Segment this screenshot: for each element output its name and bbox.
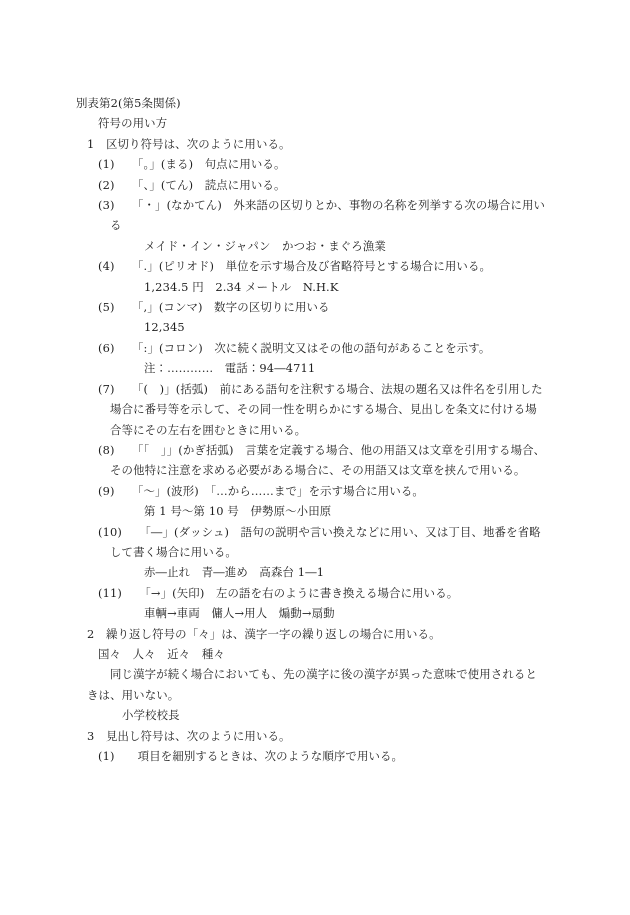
text-line: その他特に注意を求める必要がある場合に、その用語又は文章を挟んで用いる。 (0, 460, 630, 480)
text-line: 第 1 号〜第 10 号 伊勢原〜小田原 (0, 501, 630, 521)
text-line: る (0, 215, 630, 235)
text-line: (11) 「→」(矢印) 左の語を右のように書き換える場合に用いる。 (0, 583, 630, 603)
text-line: 小学校校長 (0, 705, 630, 725)
text-line: メイド・イン・ジャパン かつお・まぐろ漁業 (0, 236, 630, 256)
text-line: (4) 「.」(ピリオド) 単位を示す場合及び省略符号とする場合に用いる。 (0, 256, 630, 276)
text-line: (7) 「( )」(括弧) 前にある語句を注釈する場合、法規の題名又は件名を引用… (0, 379, 630, 399)
text-line: 場合に番号等を示して、その同一性を明らかにする場合、見出しを条文に付ける場 (0, 399, 630, 419)
text-line: (1) 「。」(まる) 句点に用いる。 (0, 154, 630, 174)
text-line: 1,234.5 円 2.34 メートル N.H.K (0, 277, 630, 297)
text-line: (1) 項目を細別するときは、次のような順序で用いる。 (0, 746, 630, 766)
text-line: して書く場合に用いる。 (0, 542, 630, 562)
text-line: (5) 「,」(コンマ) 数字の区切りに用いる (0, 297, 630, 317)
text-line: (6) 「:」(コロン) 次に続く説明文又はその他の語句があることを示す。 (0, 338, 630, 358)
document-title: 別表第2(第5条関係) (0, 93, 630, 113)
text-line: 同じ漢字が続く場合においても、先の漢字に後の漢字が異った意味で使用されると (0, 664, 630, 684)
text-line: 車輌→車両 傭人→用人 煽動→扇動 (0, 603, 630, 623)
document-page: 別表第2(第5条関係)符号の用い方1 区切り符号は、次のように用いる。(1) 「… (0, 0, 630, 915)
text-line: 赤―止れ 青―進め 高森台 1―1 (0, 562, 630, 582)
text-line: 12,345 (0, 317, 630, 337)
text-line: 3 見出し符号は、次のように用いる。 (0, 726, 630, 746)
text-line: (3) 「・」(なかてん) 外来語の区切りとか、事物の名称を列挙する次の場合に用… (0, 195, 630, 215)
text-line: (10) 「―」(ダッシュ) 語句の説明や言い換えなどに用い、又は丁目、地番を省… (0, 522, 630, 542)
text-line: (9) 「〜」(波形) 「…から……まで」を示す場合に用いる。 (0, 481, 630, 501)
document-body: 別表第2(第5条関係)符号の用い方1 区切り符号は、次のように用いる。(1) 「… (0, 0, 630, 766)
text-line: きは、用いない。 (0, 685, 630, 705)
text-line: 2 繰り返し符号の「々」は、漢字一字の繰り返しの場合に用いる。 (0, 624, 630, 644)
text-line: 注：………… 電話：94―4711 (0, 358, 630, 378)
text-line: 合等にその左右を囲むときに用いる。 (0, 420, 630, 440)
text-line: 国々 人々 近々 種々 (0, 644, 630, 664)
text-line: 1 区切り符号は、次のように用いる。 (0, 134, 630, 154)
text-line: 符号の用い方 (0, 113, 630, 133)
text-line: (8) 「「 」」(かぎ括弧) 言葉を定義する場合、他の用語又は文章を引用する場… (0, 440, 630, 460)
text-line: (2) 「、」(てん) 読点に用いる。 (0, 175, 630, 195)
